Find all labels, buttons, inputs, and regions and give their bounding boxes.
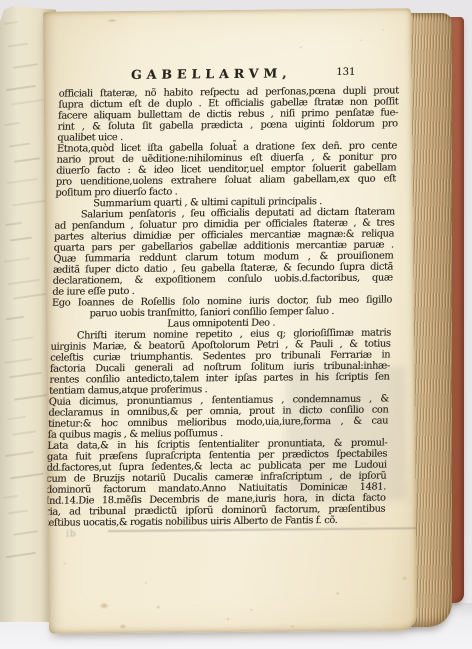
photo-of-open-book: GABELLARVM, 131 officiali ſtateræ, nõ ha… [0, 0, 472, 649]
foxing-spot [98, 601, 111, 610]
foxing-spot [105, 18, 119, 23]
foxing-spot [381, 28, 385, 31]
foxing-spot [400, 575, 408, 581]
foxing-spot [155, 605, 162, 610]
text-block: GABELLARVM, 131 officiali ſtateræ, nõ ha… [45, 64, 400, 528]
foxing-spot [61, 400, 66, 404]
foxing-spot [62, 562, 67, 566]
foxing-spot [249, 608, 254, 612]
foxing-spot [359, 39, 363, 42]
foxing-spot [298, 45, 303, 49]
text-line: teſtibus uocatis,& rogatis nobilibus uir… [45, 515, 385, 529]
foxing-spot [118, 623, 128, 630]
body-text: officiali ſtateræ, nõ habito reſpectu ad… [45, 85, 399, 528]
page-number: 131 [336, 67, 355, 78]
foxing-spot [289, 624, 296, 628]
foxing-spot [143, 581, 148, 585]
show-through-mark: ib [66, 529, 77, 539]
foxing-spot [335, 591, 341, 596]
faint-rule [108, 527, 417, 532]
page-header: GABELLARVM, 131 [59, 64, 400, 83]
foxing-spot [225, 617, 231, 621]
book-page: GABELLARVM, 131 officiali ſtateræ, nõ ha… [43, 8, 417, 634]
